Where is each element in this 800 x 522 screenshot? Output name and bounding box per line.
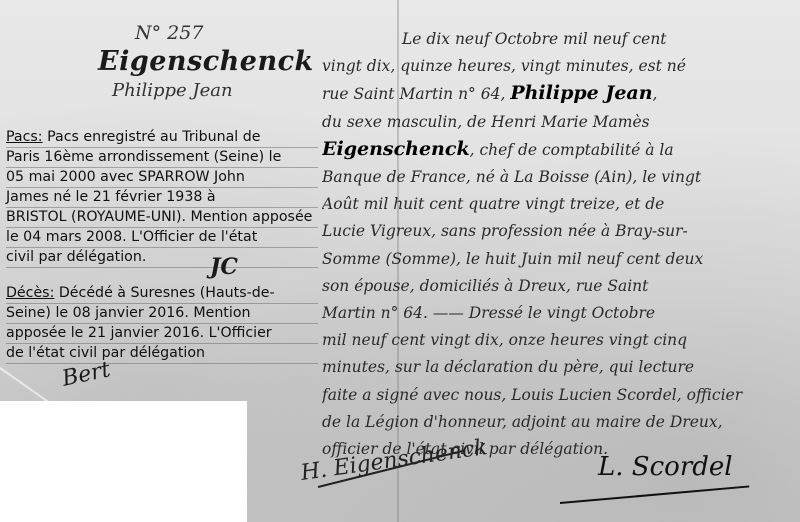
officer-signature-underline bbox=[560, 485, 749, 504]
act-body: Le dix neuf Octobre mil neuf cent vingt … bbox=[322, 26, 792, 463]
deces-mention: Décès: Décédé à Suresnes (Hauts-de- Sein… bbox=[6, 284, 318, 364]
margin-surname: Eigenschenck bbox=[98, 46, 314, 77]
body-line: minutes, sur la déclaration du père, qui… bbox=[322, 354, 792, 381]
body-line: Le dix neuf Octobre mil neuf cent bbox=[322, 26, 792, 53]
child-given-names: Philippe Jean bbox=[510, 82, 652, 104]
body-line: Eigenschenck, chef de comptabilité à la bbox=[322, 136, 792, 164]
officer-signature: L. Scordel bbox=[598, 452, 733, 482]
deces-line: de l'état civil par délégation bbox=[6, 344, 318, 364]
child-surname: Eigenschenck bbox=[322, 138, 470, 160]
pacs-label: Pacs: bbox=[6, 129, 43, 145]
body-line: Lucie Vigreux, sans profession née à Bra… bbox=[322, 218, 792, 245]
body-line: Banque de France, né à La Boisse (Ain), … bbox=[322, 164, 792, 191]
pacs-line: 05 mai 2000 avec SPARROW John bbox=[6, 168, 318, 188]
deces-line: Décès: Décédé à Suresnes (Hauts-de- bbox=[6, 284, 318, 304]
pacs-line: civil par délégation. bbox=[6, 248, 318, 268]
body-line: de la Légion d'honneur, adjoint au maire… bbox=[322, 409, 792, 436]
scanned-register-page: N° 257 Eigenschenck Philippe Jean Pacs: … bbox=[0, 0, 800, 522]
deces-label: Décès: bbox=[6, 285, 54, 301]
body-line: du sexe masculin, de Henri Marie Mamès bbox=[322, 109, 792, 136]
margin-given-names: Philippe Jean bbox=[112, 80, 233, 101]
pacs-line: Pacs: Pacs enregistré au Tribunal de bbox=[6, 128, 318, 148]
body-line: Somme (Somme), le huit Juin mil neuf cen… bbox=[322, 246, 792, 273]
pacs-line: BRISTOL (ROYAUME-UNI). Mention apposée bbox=[6, 208, 318, 228]
pacs-line: James né le 21 février 1938 à bbox=[6, 188, 318, 208]
pacs-mention: Pacs: Pacs enregistré au Tribunal de Par… bbox=[6, 128, 318, 268]
body-line: son épouse, domiciliés à Dreux, rue Sain… bbox=[322, 273, 792, 300]
blank-redaction-area bbox=[0, 401, 247, 522]
pacs-line: le 04 mars 2008. L'Officier de l'état bbox=[6, 228, 318, 248]
body-line: Août mil huit cent quatre vingt treize, … bbox=[322, 191, 792, 218]
pacs-line: Paris 16ème arrondissement (Seine) le bbox=[6, 148, 318, 168]
deces-line: apposée le 21 janvier 2016. L'Officier bbox=[6, 324, 318, 344]
body-line: rue Saint Martin n° 64, Philippe Jean, bbox=[322, 80, 792, 108]
body-line: mil neuf cent vingt dix, onze heures vin… bbox=[322, 327, 792, 354]
body-line: vingt dix, quinze heures, vingt minutes,… bbox=[322, 53, 792, 80]
deces-line: Seine) le 08 janvier 2016. Mention bbox=[6, 304, 318, 324]
act-number: N° 257 bbox=[135, 22, 203, 44]
body-line: faite a signé avec nous, Louis Lucien Sc… bbox=[322, 382, 792, 409]
pacs-officer-initials: JC bbox=[210, 254, 238, 280]
body-line: Martin n° 64. —— Dressé le vingt Octobre bbox=[322, 300, 792, 327]
